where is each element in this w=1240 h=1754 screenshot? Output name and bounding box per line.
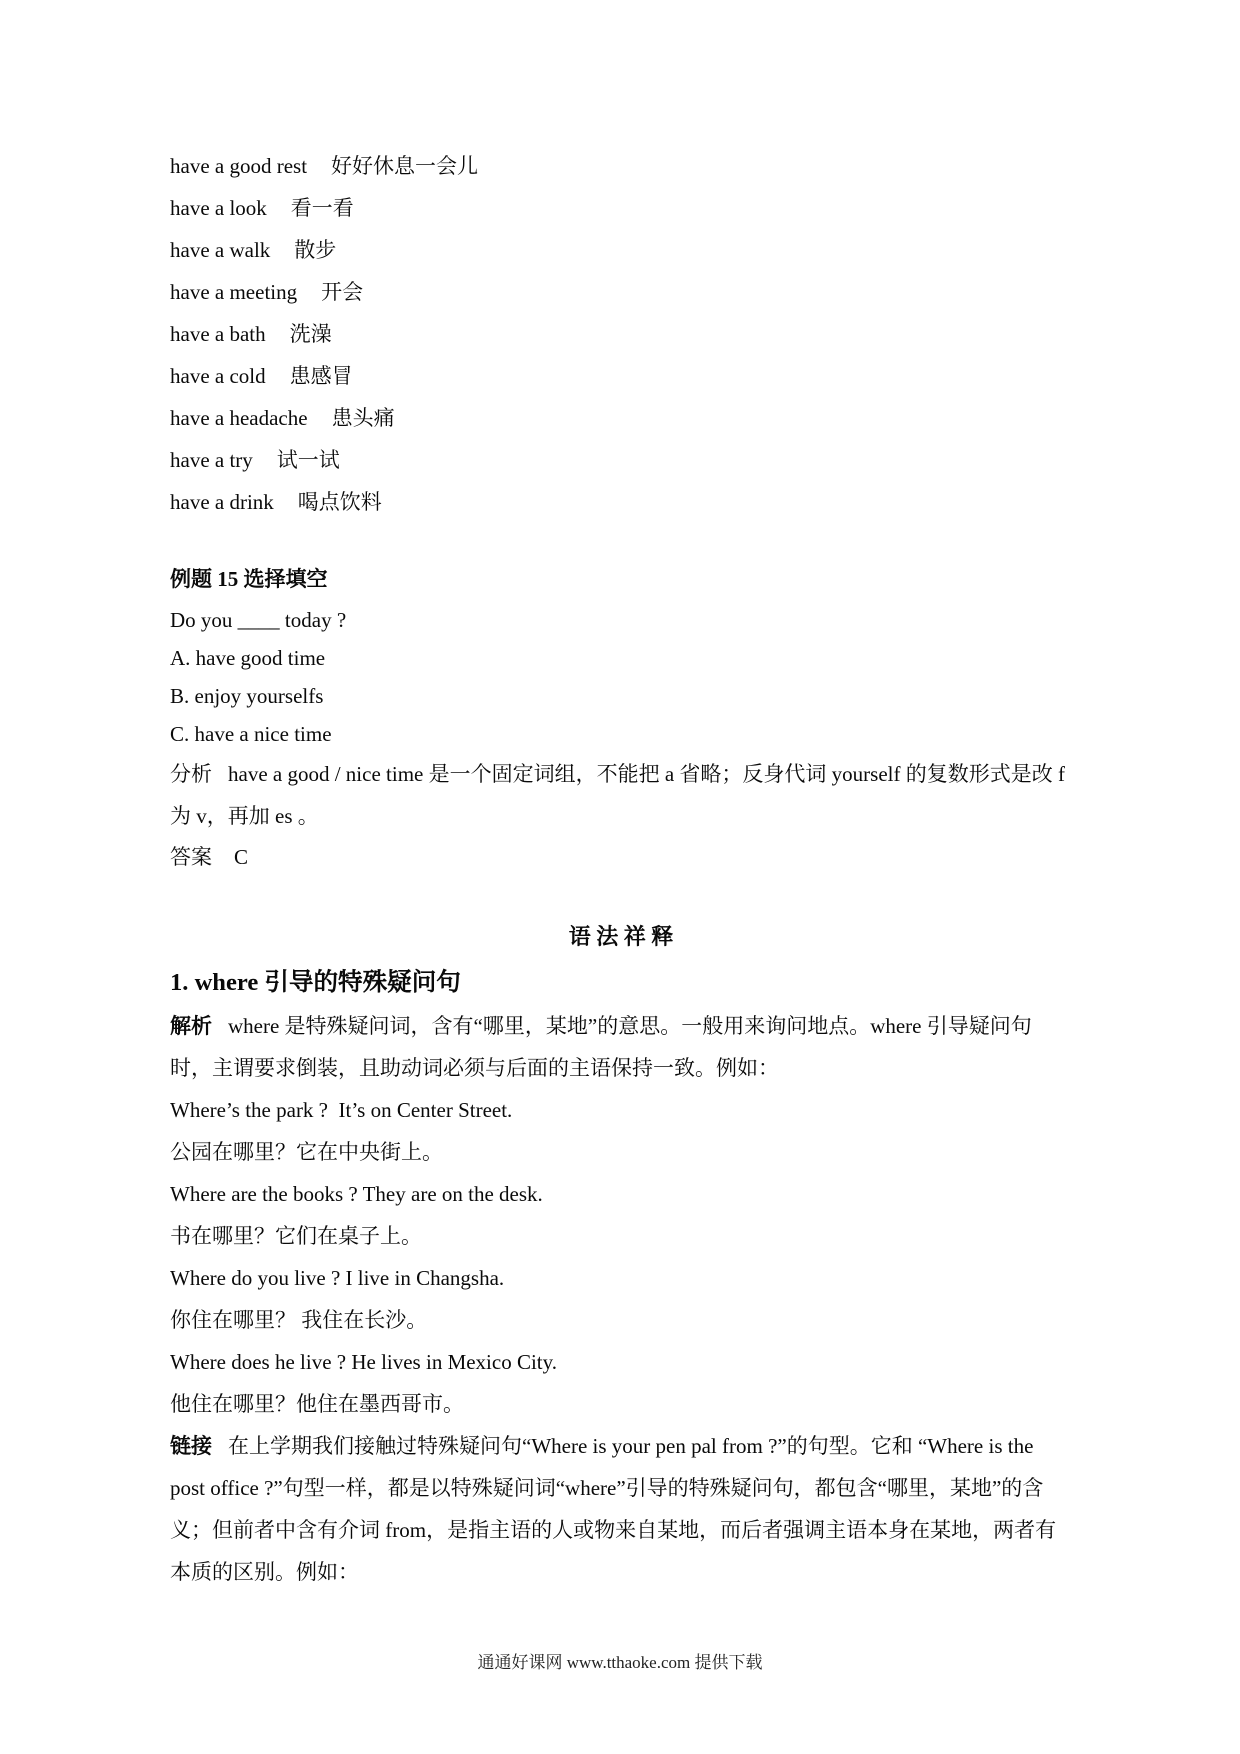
grammar-section: 语 法 祥 释 1. where 引导的特殊疑问句 解析where 是特殊疑问词… [170,913,1072,1593]
lianjie-paragraph: 链接在上学期我们接触过特殊疑问句“Where is your pen pal f… [170,1425,1072,1593]
grammar-point-heading: 1. where 引导的特殊疑问句 [170,961,1072,1005]
grammar-example-en: Where’s the park ? It’s on Center Street… [170,1089,1072,1131]
phrase-item: have a good rest好好休息一会儿 [170,145,1072,187]
example-heading: 例题 15 选择填空 [170,557,1072,601]
phrase-chinese: 试一试 [277,448,340,472]
document-page: have a good rest好好休息一会儿 have a look看一看 h… [0,0,1240,1754]
phrase-chinese: 患头痛 [332,406,395,430]
phrase-item: have a headache患头痛 [170,397,1072,439]
phrase-item: have a cold患感冒 [170,355,1072,397]
example-option-c: C. have a nice time [170,715,1072,753]
grammar-example-zh: 他住在哪里？他住在墨西哥市。 [170,1383,1072,1425]
phrase-english: have a meeting [170,280,297,304]
phrase-item: have a walk散步 [170,229,1072,271]
grammar-example-zh: 书在哪里？它们在桌子上。 [170,1215,1072,1257]
lianjie-label: 链接 [170,1434,212,1458]
analysis-paragraph: 分析have a good / nice time 是一个固定词组，不能把 a … [170,753,1072,837]
grammar-example-zh: 你住在哪里？ 我住在长沙。 [170,1299,1072,1341]
grammar-example-en: Where do you live ? I live in Changsha. [170,1257,1072,1299]
grammar-example-en: Where does he live ? He lives in Mexico … [170,1341,1072,1383]
grammar-example-zh: 公园在哪里？它在中央街上。 [170,1131,1072,1173]
example-option-b: B. enjoy yourselfs [170,677,1072,715]
page-footer: 通通好课网 www.tthaoke.com 提供下载 [0,1648,1240,1673]
phrase-english: have a good rest [170,154,307,178]
phrase-item: have a drink喝点饮料 [170,481,1072,523]
phrase-chinese: 喝点饮料 [298,490,382,514]
example-question: Do you ____ today ? [170,601,1072,639]
grammar-section-title: 语 法 祥 释 [170,913,1072,961]
analysis-text: have a good / nice time 是一个固定词组，不能把 a 省略… [170,762,1070,828]
lianjie-text: 在上学期我们接触过特殊疑问句“Where is your pen pal fro… [170,1434,1056,1584]
phrase-chinese: 看一看 [291,196,354,220]
phrase-english: have a headache [170,406,308,430]
phrase-item: have a look看一看 [170,187,1072,229]
phrase-english: have a drink [170,490,274,514]
phrase-chinese: 洗澡 [290,322,332,346]
grammar-example-en: Where are the books ? They are on the de… [170,1173,1072,1215]
document-content: have a good rest好好休息一会儿 have a look看一看 h… [0,0,1240,1593]
phrase-chinese: 患感冒 [290,364,353,388]
jiexi-paragraph: 解析where 是特殊疑问词，含有“哪里，某地”的意思。一般用来询问地点。whe… [170,1005,1072,1089]
phrase-english: have a look [170,196,267,220]
phrase-item: have a bath洗澡 [170,313,1072,355]
answer-value: C [234,845,248,869]
jiexi-label: 解析 [170,1014,212,1038]
phrase-chinese: 开会 [321,280,363,304]
footer-text: 通通好课网 www.tthaoke.com 提供下载 [477,1653,762,1672]
answer-label: 答案 [170,845,212,869]
phrase-english: have a try [170,448,253,472]
phrase-english: have a bath [170,322,266,346]
phrase-item: have a try试一试 [170,439,1072,481]
phrase-chinese: 好好休息一会儿 [331,154,478,178]
phrase-list-section: have a good rest好好休息一会儿 have a look看一看 h… [170,145,1072,523]
jiexi-text: where 是特殊疑问词，含有“哪里，某地”的意思。一般用来询问地点。where… [170,1014,1032,1080]
phrase-english: have a cold [170,364,266,388]
analysis-label: 分析 [170,762,212,786]
example-option-a: A. have good time [170,639,1072,677]
phrase-english: have a walk [170,238,270,262]
example-section: 例题 15 选择填空 Do you ____ today ? A. have g… [170,557,1072,877]
phrase-item: have a meeting开会 [170,271,1072,313]
phrase-chinese: 散步 [294,238,336,262]
answer-line: 答案C [170,837,1072,877]
